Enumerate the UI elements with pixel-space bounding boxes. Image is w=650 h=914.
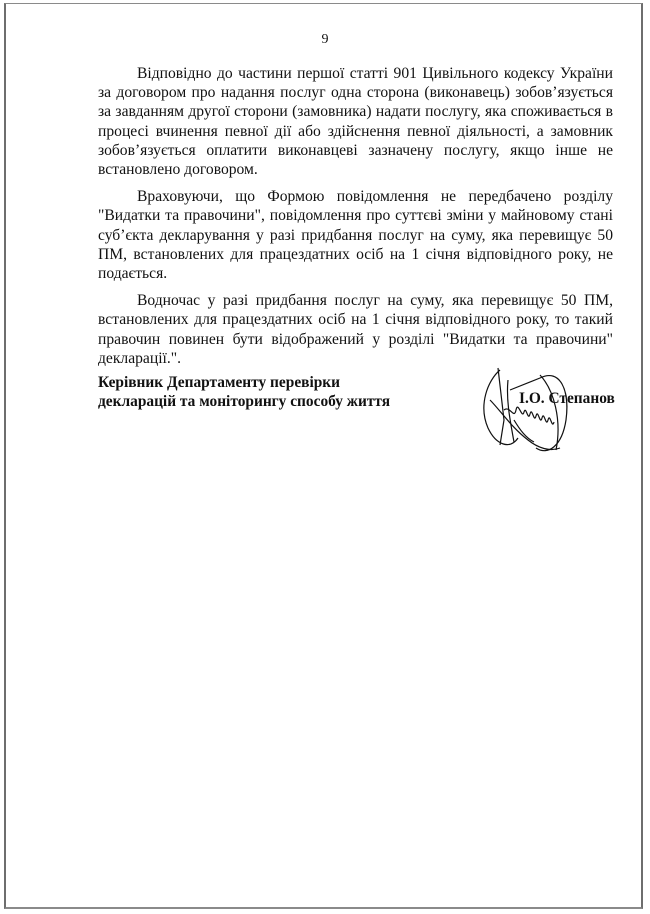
signatory-title: Керівник Департаменту перевірки декларац… — [98, 373, 390, 411]
signatory-title-line-2: декларацій та моніторингу способу життя — [98, 392, 390, 411]
signer-name: І.О. Степанов — [519, 390, 615, 408]
paragraph-notification-form: Враховуючи, що Формою повідомлення не пе… — [98, 187, 613, 283]
page-number: 9 — [0, 32, 650, 48]
document-body: Відповідно до частини першої статті 901 … — [98, 64, 613, 376]
paragraph-civil-code: Відповідно до частини першої статті 901 … — [98, 64, 613, 179]
signatory-title-line-1: Керівник Департаменту перевірки — [98, 373, 390, 392]
